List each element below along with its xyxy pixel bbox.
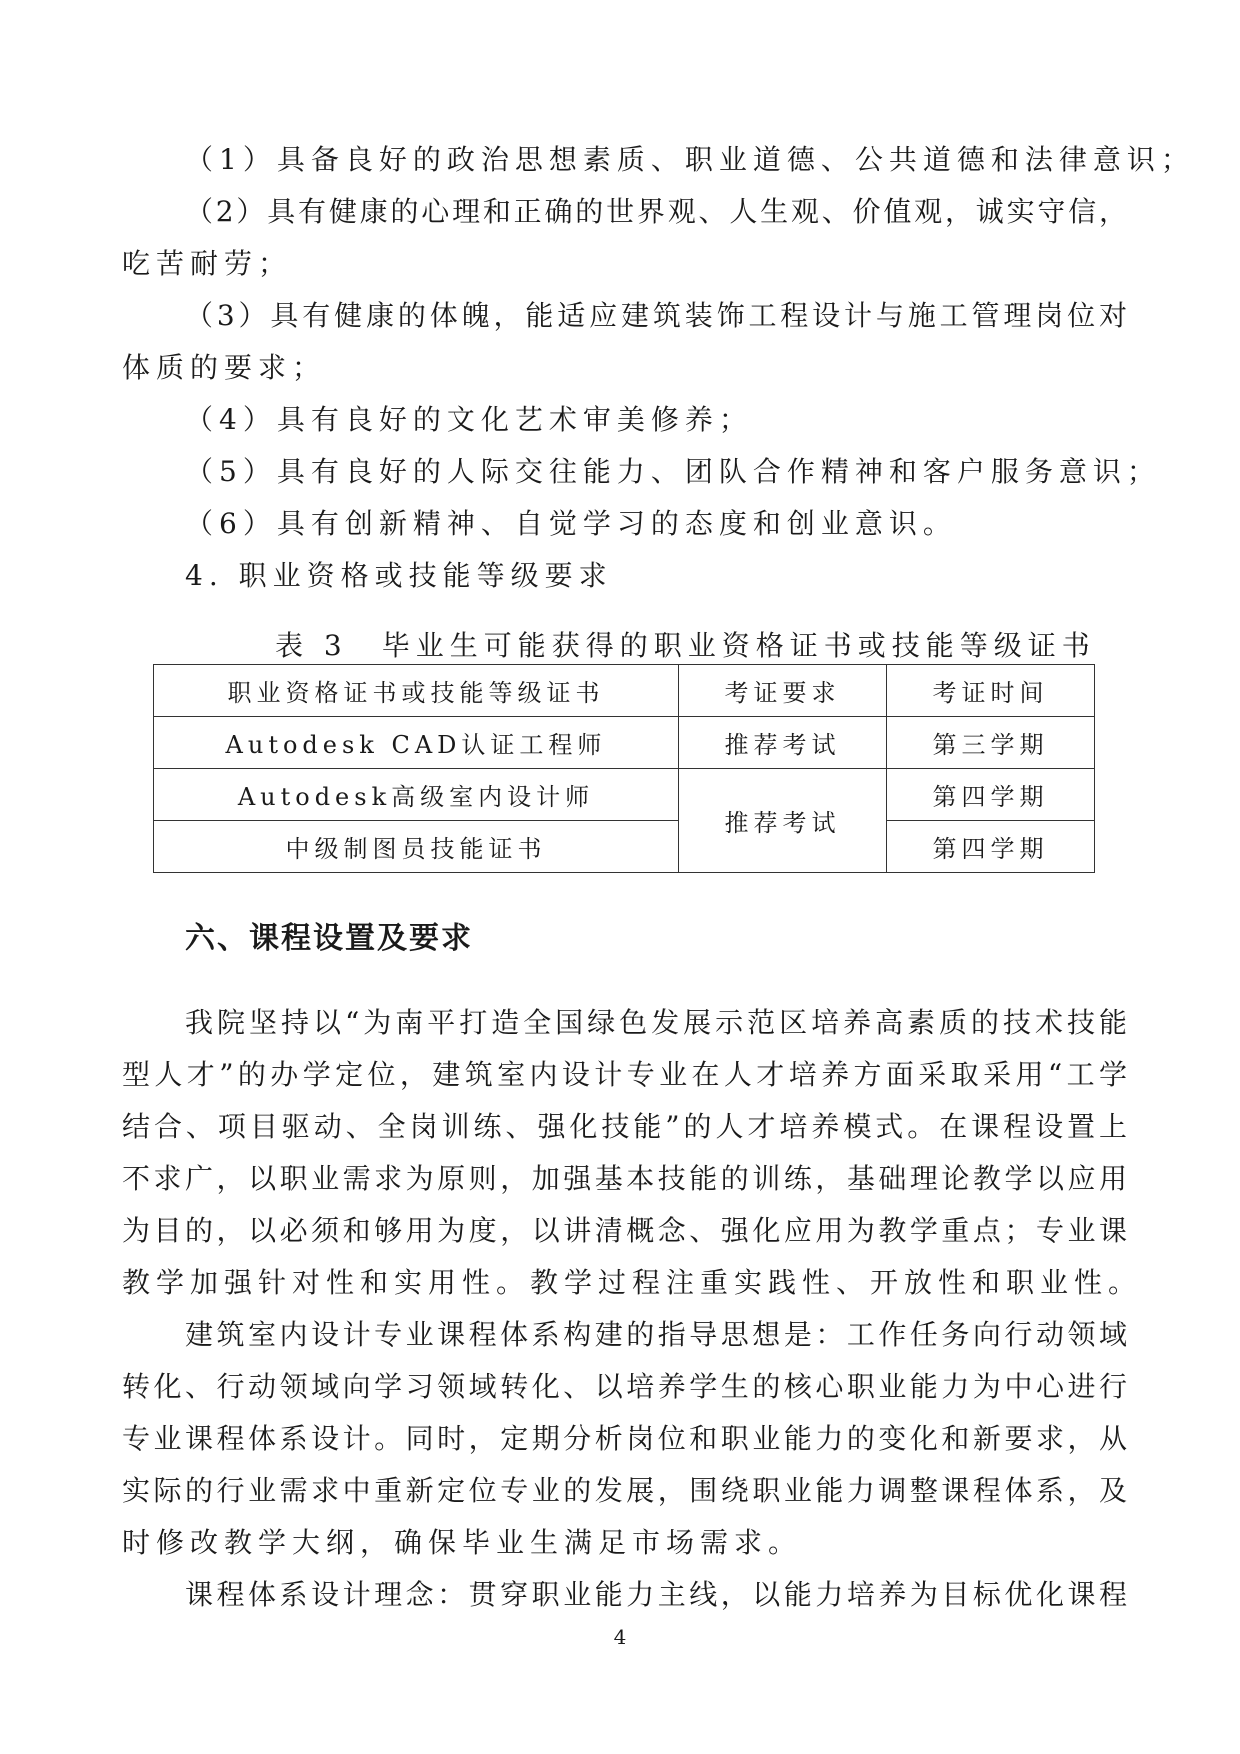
paragraph-2-line-3: 专业课程体系设计。同时，定期分析岗位和职业能力的变化和新要求，从 [122, 1419, 1127, 1459]
list-item-1: （1）具备良好的政治思想素质、职业道德、公共道德和法律意识； [185, 140, 1195, 180]
table-header-row: 职业资格证书或技能等级证书 考证要求 考证时间 [154, 665, 1095, 717]
paragraph-1-line-5: 为目的，以必须和够用为度，以讲清概念、强化应用为教学重点；专业课 [122, 1211, 1127, 1251]
paragraph-2-line-1: 建筑室内设计专业课程体系构建的指导思想是：工作任务向行动领域 [185, 1315, 1127, 1355]
cell-certificate: 中级制图员技能证书 [154, 821, 679, 873]
paragraph-1-line-3: 结合、项目驱动、全岗训练、强化技能”的人才培养模式。在课程设置上 [122, 1107, 1127, 1147]
list-item-2-cont: 吃苦耐劳； [122, 244, 292, 284]
table-caption: 表 3 毕业生可能获得的职业资格证书或技能等级证书 [275, 626, 1096, 666]
table-row: Autodesk高级室内设计师 推荐考试 第四学期 [154, 769, 1095, 821]
section-heading: 六、课程设置及要求 [185, 917, 473, 961]
paragraph-1-line-6: 教学加强针对性和实用性。教学过程注重实践性、开放性和职业性。 [122, 1263, 1142, 1303]
list-item-5: （5）具有良好的人际交往能力、团队合作精神和客户服务意识； [185, 452, 1161, 492]
paragraph-3-line-1: 课程体系设计理念：贯穿职业能力主线，以能力培养为目标优化课程 [185, 1575, 1127, 1615]
paragraph-1-line-4: 不求广，以职业需求为原则，加强基本技能的训练，基础理论教学以应用 [122, 1159, 1127, 1199]
paragraph-2-line-4: 实际的行业需求中重新定位专业的发展，围绕职业能力调整课程体系，及 [122, 1471, 1127, 1511]
header-certificate: 职业资格证书或技能等级证书 [154, 665, 679, 717]
paragraph-2-line-5: 时修改教学大纲，确保毕业生满足市场需求。 [122, 1523, 802, 1563]
list-item-3-cont: 体质的要求； [122, 348, 326, 388]
table-row: Autodesk CAD认证工程师 推荐考试 第三学期 [154, 717, 1095, 769]
list-item-6: （6）具有创新精神、自觉学习的态度和创业意识。 [185, 504, 957, 544]
certificate-table: 职业资格证书或技能等级证书 考证要求 考证时间 Autodesk CAD认证工程… [153, 664, 1095, 873]
table-row: 中级制图员技能证书 第四学期 [154, 821, 1095, 873]
cell-requirement-merged: 推荐考试 [678, 769, 886, 873]
list-item-2: （2）具有健康的心理和正确的世界观、人生观、价值观，诚实守信， [185, 192, 1127, 232]
subsection-title: 4. 职业资格或技能等级要求 [185, 556, 613, 596]
paragraph-2-line-2: 转化、行动领域向学习领域转化、以培养学生的核心职业能力为中心进行 [122, 1367, 1127, 1407]
paragraph-1-line-1: 我院坚持以“为南平打造全国绿色发展示范区培养高素质的技术技能 [185, 1003, 1127, 1043]
cell-time: 第四学期 [886, 821, 1094, 873]
cell-certificate: Autodesk CAD认证工程师 [154, 717, 679, 769]
page-number: 4 [0, 1625, 1240, 1649]
cell-time: 第四学期 [886, 769, 1094, 821]
header-requirement: 考证要求 [678, 665, 886, 717]
header-time: 考证时间 [886, 665, 1094, 717]
paragraph-1-line-2: 型人才”的办学定位，建筑室内设计专业在人才培养方面采取采用“工学 [122, 1055, 1127, 1095]
cell-requirement: 推荐考试 [678, 717, 886, 769]
cell-time: 第三学期 [886, 717, 1094, 769]
cell-certificate: Autodesk高级室内设计师 [154, 769, 679, 821]
list-item-4: （4）具有良好的文化艺术审美修养； [185, 400, 753, 440]
list-item-3: （3）具有健康的体魄，能适应建筑装饰工程设计与施工管理岗位对 [185, 296, 1127, 336]
